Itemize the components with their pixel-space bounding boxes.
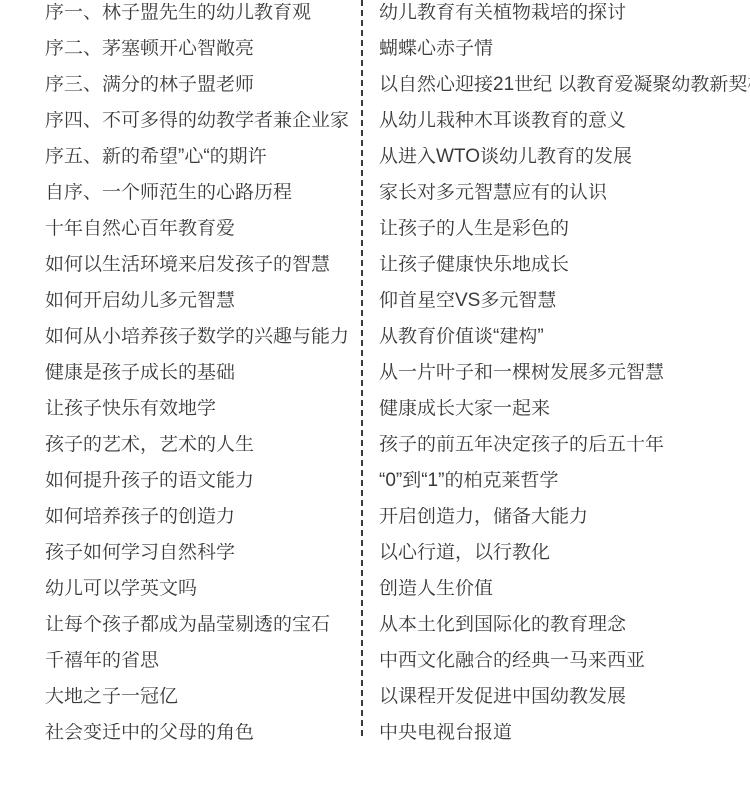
toc-entry-left: 序二、茅塞顿开心智敞亮 xyxy=(0,39,362,58)
toc-entry-right: 开启创造力，储备大能力 xyxy=(362,507,750,526)
toc-row: 如何提升孩子的语文能力 “0”到“1”的柏克莱哲学 xyxy=(0,462,750,498)
toc-entry-right: 让孩子健康快乐地成长 xyxy=(362,255,750,274)
toc-entry-left: 社会变迁中的父母的角色 xyxy=(0,723,362,742)
toc-row: 幼儿可以学英文吗 创造人生价值 xyxy=(0,570,750,606)
toc-entry-right: 幼儿教育有关植物栽培的探讨 xyxy=(362,3,750,22)
toc-entry-left: 如何开启幼儿多元智慧 xyxy=(0,291,362,310)
toc-entry-left: 序四、不可多得的幼教学者兼企业家 xyxy=(0,111,362,130)
toc-entry-right: 中西文化融合的经典一马来西亚 xyxy=(362,651,750,670)
toc-entry-right: 以课程开发促进中国幼教发展 xyxy=(362,687,750,706)
toc-entry-right: “0”到“1”的柏克莱哲学 xyxy=(362,471,750,490)
toc-entry-left: 孩子如何学习自然科学 xyxy=(0,543,362,562)
toc-entry-left: 千禧年的省思 xyxy=(0,651,362,670)
toc-entry-left: 序五、新的希望”心“的期许 xyxy=(0,147,362,166)
toc-entry-left: 健康是孩子成长的基础 xyxy=(0,363,362,382)
toc-row: 序四、不可多得的幼教学者兼企业家 从幼儿栽种木耳谈教育的意义 xyxy=(0,102,750,138)
toc-row: 孩子如何学习自然科学 以心行道，以行教化 xyxy=(0,534,750,570)
toc-entry-right: 中央电视台报道 xyxy=(362,723,750,742)
toc-entry-left: 序一、林子盟先生的幼儿教育观 xyxy=(0,3,362,22)
toc-entry-right: 健康成长大家一起来 xyxy=(362,399,750,418)
toc-row: 序一、林子盟先生的幼儿教育观 幼儿教育有关植物栽培的探讨 xyxy=(0,0,750,30)
toc-row: 社会变迁中的父母的角色 中央电视台报道 xyxy=(0,714,750,750)
toc-entry-left: 如何培养孩子的创造力 xyxy=(0,507,362,526)
toc-row: 健康是孩子成长的基础 从一片叶子和一棵树发展多元智慧 xyxy=(0,354,750,390)
toc-entry-right: 让孩子的人生是彩色的 xyxy=(362,219,750,238)
toc-entry-right: 蝴蝶心赤子情 xyxy=(362,39,750,58)
toc-entry-right: 从本土化到国际化的教育理念 xyxy=(362,615,750,634)
toc-row: 千禧年的省思 中西文化融合的经典一马来西亚 xyxy=(0,642,750,678)
toc-row: 十年自然心百年教育爱 让孩子的人生是彩色的 xyxy=(0,210,750,246)
toc-row: 自序、一个师范生的心路历程 家长对多元智慧应有的认识 xyxy=(0,174,750,210)
toc-entry-left: 如何以生活环境来启发孩子的智慧 xyxy=(0,255,362,274)
toc-row: 如何从小培养孩子数学的兴趣与能力 从教育价值谈“建构” xyxy=(0,318,750,354)
toc-entry-right: 创造人生价值 xyxy=(362,579,750,598)
toc-row: 孩子的艺术，艺术的人生 孩子的前五年决定孩子的后五十年 xyxy=(0,426,750,462)
toc-entry-right: 家长对多元智慧应有的认识 xyxy=(362,183,750,202)
toc-entry-left: 十年自然心百年教育爱 xyxy=(0,219,362,238)
toc-row: 让每个孩子都成为晶莹剔透的宝石 从本土化到国际化的教育理念 xyxy=(0,606,750,642)
toc-entry-right: 从教育价值谈“建构” xyxy=(362,327,750,346)
toc-entry-left: 自序、一个师范生的心路历程 xyxy=(0,183,362,202)
toc-entry-right: 从一片叶子和一棵树发展多元智慧 xyxy=(362,363,750,382)
toc-row: 大地之子一冠亿 以课程开发促进中国幼教发展 xyxy=(0,678,750,714)
toc-row: 让孩子快乐有效地学 健康成长大家一起来 xyxy=(0,390,750,426)
toc-entry-right: 以自然心迎接21世纪 以教育爱凝聚幼教新契机 xyxy=(362,75,750,94)
toc-row: 序三、满分的林子盟老师 以自然心迎接21世纪 以教育爱凝聚幼教新契机 xyxy=(0,66,750,102)
toc-rows: 序一、林子盟先生的幼儿教育观 幼儿教育有关植物栽培的探讨 序二、茅塞顿开心智敞亮… xyxy=(0,0,750,750)
toc-row: 序五、新的希望”心“的期许 从进入WTO谈幼儿教育的发展 xyxy=(0,138,750,174)
toc-entry-right: 从幼儿栽种木耳谈教育的意义 xyxy=(362,111,750,130)
toc-entry-left: 让孩子快乐有效地学 xyxy=(0,399,362,418)
toc-entry-left: 幼儿可以学英文吗 xyxy=(0,579,362,598)
toc-entry-right: 孩子的前五年决定孩子的后五十年 xyxy=(362,435,750,454)
toc-row: 如何培养孩子的创造力 开启创造力，储备大能力 xyxy=(0,498,750,534)
toc-page: 序一、林子盟先生的幼儿教育观 幼儿教育有关植物栽培的探讨 序二、茅塞顿开心智敞亮… xyxy=(0,0,750,799)
toc-entry-left: 如何提升孩子的语文能力 xyxy=(0,471,362,490)
toc-entry-left: 如何从小培养孩子数学的兴趣与能力 xyxy=(0,327,362,346)
toc-entry-right: 从进入WTO谈幼儿教育的发展 xyxy=(362,147,750,166)
toc-row: 序二、茅塞顿开心智敞亮 蝴蝶心赤子情 xyxy=(0,30,750,66)
toc-entry-left: 让每个孩子都成为晶莹剔透的宝石 xyxy=(0,615,362,634)
toc-entry-right: 以心行道，以行教化 xyxy=(362,543,750,562)
toc-row: 如何以生活环境来启发孩子的智慧 让孩子健康快乐地成长 xyxy=(0,246,750,282)
toc-entry-left: 孩子的艺术，艺术的人生 xyxy=(0,435,362,454)
toc-entry-left: 大地之子一冠亿 xyxy=(0,687,362,706)
toc-entry-right: 仰首星空VS多元智慧 xyxy=(362,291,750,310)
toc-entry-left: 序三、满分的林子盟老师 xyxy=(0,75,362,94)
toc-row: 如何开启幼儿多元智慧 仰首星空VS多元智慧 xyxy=(0,282,750,318)
